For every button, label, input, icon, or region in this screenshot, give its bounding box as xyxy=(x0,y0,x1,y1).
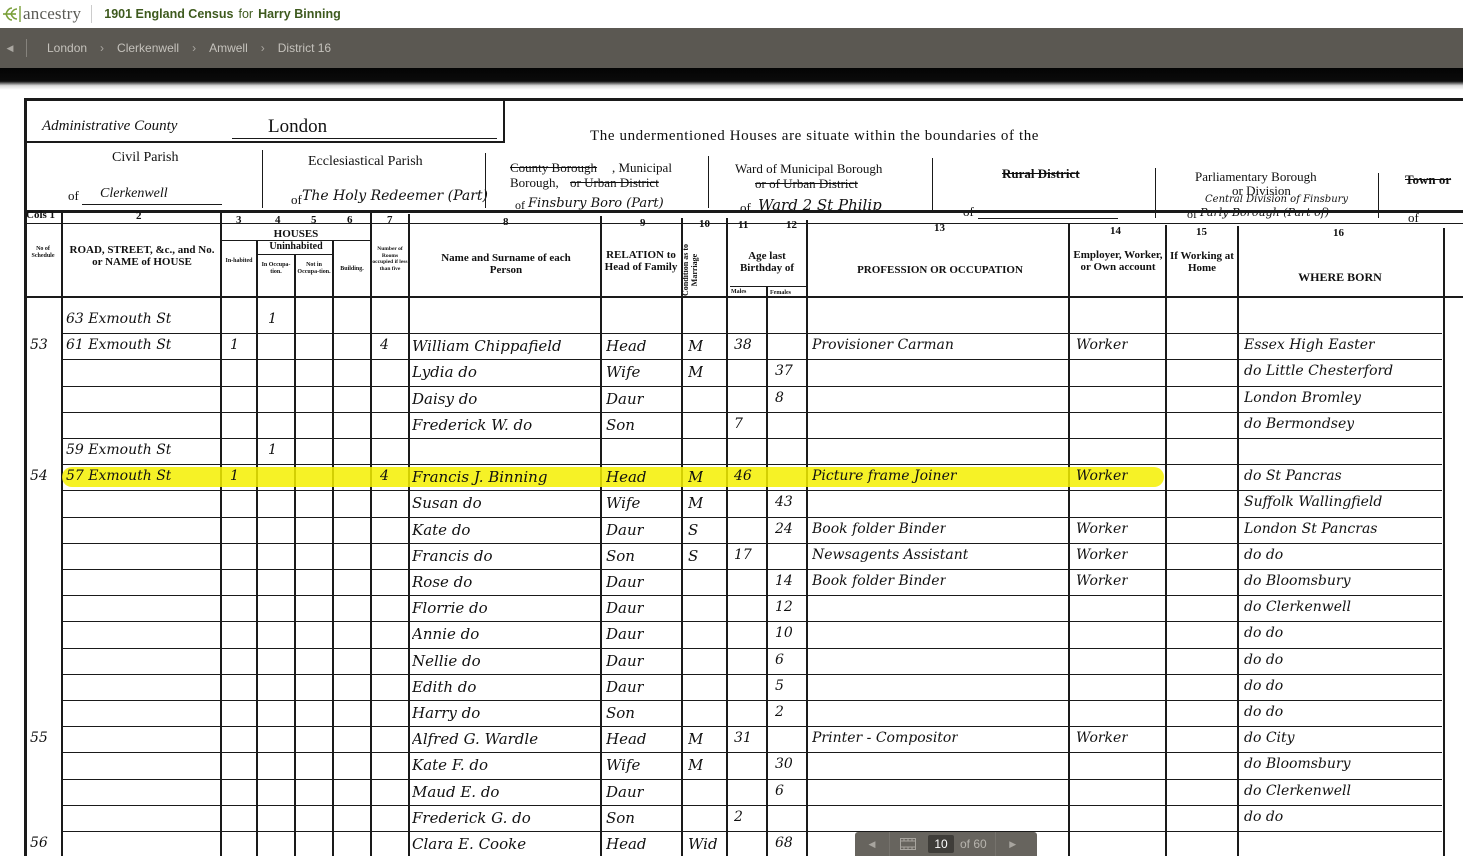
census-row[interactable]: Kate doDaurS24Book folder BinderWorkerLo… xyxy=(0,518,1463,544)
cell-female-age: 12 xyxy=(775,599,793,615)
cell-born: do do xyxy=(1244,547,1283,563)
cell-born: do City xyxy=(1244,730,1295,746)
intro-text: The undermentioned Houses are situate wi… xyxy=(590,128,1039,145)
rule xyxy=(485,153,486,208)
cols-label: Cols 1 xyxy=(26,209,55,221)
admin-county-label: Administrative County xyxy=(42,118,177,135)
cell-male-age: 2 xyxy=(734,809,743,825)
top-header: ancestry 1901 England Census for Harry B… xyxy=(0,0,1463,28)
cell-name: Clara E. Cooke xyxy=(412,835,526,853)
cell-male-age: 31 xyxy=(734,730,752,746)
rule xyxy=(258,254,334,255)
cell-name: Daisy do xyxy=(412,390,477,408)
cell-female-age: 24 xyxy=(775,521,793,537)
ward-label: Ward of Municipal Borough xyxy=(735,161,882,177)
cell-name: Annie do xyxy=(412,625,479,643)
cell-condition: M xyxy=(688,756,703,774)
breadcrumb-amwell[interactable]: Amwell xyxy=(209,41,248,55)
civil-parish-value: Clerkenwell xyxy=(100,186,168,202)
census-row[interactable]: Florrie doDaur12do Clerkenwell xyxy=(0,596,1463,622)
cell-male-age: 46 xyxy=(734,468,752,484)
cell-condition: M xyxy=(688,337,703,355)
triangle-left-icon: ◀ xyxy=(7,43,14,53)
col-number: 6 xyxy=(347,214,353,226)
parl-value-1: Central Division of Finsbury xyxy=(1205,194,1348,205)
census-row[interactable]: Francis doSonS17Newsagents AssistantWork… xyxy=(0,544,1463,570)
cell-relation: Daur xyxy=(606,573,644,591)
col-number: 12 xyxy=(786,219,797,231)
census-row[interactable]: 55Alfred G. WardleHeadM31Printer - Compo… xyxy=(0,727,1463,753)
rule xyxy=(730,286,808,287)
filmstrip-button[interactable] xyxy=(890,838,926,850)
cell-female-age: 2 xyxy=(775,704,784,720)
col-header-males: Males xyxy=(731,289,746,295)
rule xyxy=(708,156,709,208)
col-header-uninhabited: Uninhabited xyxy=(258,241,334,252)
cell-female-age: 30 xyxy=(775,756,793,772)
census-row[interactable]: 5361 Exmouth St14William ChippafieldHead… xyxy=(0,334,1463,360)
civil-parish-label: Civil Parish xyxy=(112,150,179,166)
eccl-parish-value: The Holy Redeemer (Part) xyxy=(302,188,488,204)
census-row[interactable]: 56Clara E. CookeHeadWid68 xyxy=(0,832,1463,856)
cell-relation: Son xyxy=(606,809,635,827)
col-header-not-in-occupation: Not in Occupa-tion. xyxy=(296,262,332,276)
census-row[interactable]: Maud E. doDaur6do Clerkenwell xyxy=(0,780,1463,806)
cell-female-age: 68 xyxy=(775,835,793,851)
cell-relation: Daur xyxy=(606,599,644,617)
col-header-name: Name and Surname of each Person xyxy=(428,252,584,276)
previous-image-button[interactable]: ◀ xyxy=(855,839,889,850)
cell-relation: Head xyxy=(606,730,647,748)
breadcrumb-clerkenwell[interactable]: Clerkenwell xyxy=(117,41,179,55)
cell-female-age: 6 xyxy=(775,783,784,799)
col-header-profession: PROFESSION OR OCCUPATION xyxy=(812,264,1068,276)
cell-occupation: Newsagents Assistant xyxy=(812,547,968,563)
cell-born: do Bermondsey xyxy=(1244,416,1354,432)
col-header-schedule: No of Schedule xyxy=(26,246,60,260)
census-row[interactable]: Harry doSon2do do xyxy=(0,701,1463,727)
rule xyxy=(222,240,372,241)
census-row[interactable]: 59 Exmouth St1 xyxy=(0,439,1463,465)
cell-address: 59 Exmouth St xyxy=(66,442,171,458)
census-row[interactable]: Annie doDaur10do do xyxy=(0,622,1463,648)
rule xyxy=(24,141,504,143)
cell-employer: Worker xyxy=(1076,547,1128,563)
col-header-relation: RELATION to Head of Family xyxy=(603,249,679,273)
census-row[interactable]: Frederick G. doSon2do do xyxy=(0,806,1463,832)
eccl-parish-label: Ecclesiastical Parish xyxy=(308,154,423,170)
census-row[interactable]: Edith doDaur5do do xyxy=(0,675,1463,701)
cell-address: 61 Exmouth St xyxy=(66,337,171,353)
breadcrumb-district[interactable]: District 16 xyxy=(278,41,331,55)
cell-relation: Daur xyxy=(606,678,644,696)
rule xyxy=(82,204,222,205)
back-button[interactable]: ◀ xyxy=(0,43,20,54)
rule xyxy=(24,223,1463,224)
cell-name: Francis do xyxy=(412,547,492,565)
cell-male-age: 7 xyxy=(734,416,743,432)
cell-occupation: Book folder Binder xyxy=(812,521,946,537)
rule xyxy=(24,210,1463,213)
title-for-label: for xyxy=(238,7,253,21)
cell-name: Lydia do xyxy=(412,363,477,381)
cell-female-age: 6 xyxy=(775,652,784,668)
col-number: 11 xyxy=(738,219,748,231)
cell-relation: Wife xyxy=(606,363,640,381)
census-image-viewer[interactable]: Administrative County London The underme… xyxy=(0,68,1463,856)
col-header-houses: HOUSES xyxy=(256,228,336,240)
header-divider xyxy=(91,5,92,23)
col-number: 4 xyxy=(275,214,281,226)
cell-occupation: Provisioner Carman xyxy=(812,337,954,353)
next-image-button[interactable]: ▶ xyxy=(996,839,1030,850)
rural-district-struck: Rural District xyxy=(1002,166,1080,182)
col-number: 5 xyxy=(311,214,317,226)
census-row[interactable]: Frederick W. doSon7do Bermondsey xyxy=(0,413,1463,439)
cell-relation: Daur xyxy=(606,390,644,408)
col-header-working-home: If Working at Home xyxy=(1168,250,1236,274)
cell-schedule: 56 xyxy=(30,835,48,851)
leaf-icon xyxy=(2,5,22,23)
cell-female-age: 14 xyxy=(775,573,793,589)
col-header-age: Age last Birthday of xyxy=(730,250,804,274)
cell-rooms: 4 xyxy=(380,337,389,353)
census-row[interactable]: Susan doWifeM43Suffolk Wallingfield xyxy=(0,491,1463,517)
ancestry-logo[interactable]: ancestry xyxy=(0,0,81,28)
census-row[interactable]: Rose doDaur14Book folder BinderWorkerdo … xyxy=(0,570,1463,596)
cell-name: Harry do xyxy=(412,704,480,722)
rule xyxy=(978,218,1118,219)
census-row[interactable]: Nellie doDaur6do do xyxy=(0,649,1463,675)
cell-name: Francis J. Binning xyxy=(412,468,547,486)
col-header-inhabited: In-habited xyxy=(224,258,254,265)
census-row[interactable]: 5457 Exmouth St14Francis J. BinningHeadM… xyxy=(0,465,1463,491)
cell-born: Suffolk Wallingfield xyxy=(1244,494,1382,510)
cell-female-age: 43 xyxy=(775,494,793,510)
cell-female-age: 37 xyxy=(775,363,793,379)
cell-relation: Son xyxy=(606,416,635,434)
cell-born: do Bloomsbury xyxy=(1244,756,1351,772)
cell-occupation: Printer - Compositor xyxy=(812,730,958,746)
cell-male-age: 17 xyxy=(734,547,752,563)
cell-employer: Worker xyxy=(1076,573,1128,589)
of-label: of xyxy=(740,200,751,216)
col-header-road: ROAD, STREET, &c., and No. or NAME of HO… xyxy=(64,244,220,268)
col-header-in-occupation: In Occupa-tion. xyxy=(258,262,294,276)
page-border xyxy=(24,98,1463,101)
col-number: 14 xyxy=(1110,225,1121,237)
col-number: 2 xyxy=(136,210,142,222)
rule xyxy=(24,296,1463,298)
cell-born: do do xyxy=(1244,809,1283,825)
rule xyxy=(262,150,263,208)
county-borough-struck: County Borough xyxy=(510,160,597,176)
cell-employer: Worker xyxy=(1076,521,1128,537)
chevron-right-icon: › xyxy=(100,41,104,55)
cell-employer: Worker xyxy=(1076,730,1128,746)
col-number: 15 xyxy=(1196,226,1207,238)
cell-born: do Clerkenwell xyxy=(1244,783,1351,799)
filmstrip-icon xyxy=(900,838,916,850)
col-number: 16 xyxy=(1333,227,1344,239)
cell-condition: M xyxy=(688,494,703,512)
census-row[interactable]: 63 Exmouth St1 xyxy=(0,308,1463,334)
cell-female-age: 8 xyxy=(775,390,784,406)
person-name[interactable]: Harry Binning xyxy=(258,7,341,21)
cell-inhabited: 1 xyxy=(230,468,239,484)
triangle-right-icon: ▶ xyxy=(1009,839,1016,849)
col-header-rooms: Number of Rooms occupied if less than fi… xyxy=(372,246,408,272)
cell-relation: Daur xyxy=(606,783,644,801)
cell-name: Edith do xyxy=(412,678,476,696)
cell-name: Nellie do xyxy=(412,652,481,670)
cell-male-age: 38 xyxy=(734,337,752,353)
cell-name: William Chippafield xyxy=(412,337,562,355)
cell-name: Susan do xyxy=(412,494,482,512)
image-pager: ◀ 10 of 60 ▶ xyxy=(855,832,1037,856)
cell-born: do Little Chesterford xyxy=(1244,363,1393,379)
town-struck: Town or xyxy=(1405,172,1451,188)
cell-relation: Son xyxy=(606,547,635,565)
cell-born: do do xyxy=(1244,625,1283,641)
cell-relation: Wife xyxy=(606,494,640,512)
cell-born: do Bloomsbury xyxy=(1244,573,1351,589)
collection-title: 1901 England Census xyxy=(104,7,233,21)
cell-born: do St Pancras xyxy=(1244,468,1342,484)
cell-born: London St Pancras xyxy=(1244,521,1378,537)
cell-rooms: 4 xyxy=(380,468,389,484)
page-number-input[interactable]: 10 xyxy=(928,835,954,853)
cell-relation: Head xyxy=(606,337,647,355)
cell-in-occ: 1 xyxy=(268,442,277,458)
cell-condition: S xyxy=(688,547,698,565)
rule xyxy=(932,158,933,210)
urban-district-struck: or Urban District xyxy=(570,175,659,191)
ward-struck: or of Urban District xyxy=(755,176,858,192)
census-row[interactable]: Kate F. doWifeM30do Bloomsbury xyxy=(0,753,1463,779)
cell-name: Frederick W. do xyxy=(412,416,532,434)
cell-relation: Wife xyxy=(606,756,640,774)
cell-name: Frederick G. do xyxy=(412,809,531,827)
census-row[interactable]: Lydia doWifeM37do Little Chesterford xyxy=(0,360,1463,386)
col-header-where-born: WHERE BORN xyxy=(1240,270,1440,285)
census-page: Administrative County London The underme… xyxy=(0,68,1463,856)
census-row[interactable]: Daisy doDaur8London Bromley xyxy=(0,387,1463,413)
col-number: 8 xyxy=(503,216,509,228)
cell-name: Maud E. do xyxy=(412,783,499,801)
rule xyxy=(503,98,505,143)
of-label: of xyxy=(291,192,302,208)
cell-address: 63 Exmouth St xyxy=(66,311,171,327)
cell-name: Florrie do xyxy=(412,599,488,617)
cell-born: do do xyxy=(1244,652,1283,668)
logo-text: ancestry xyxy=(23,4,81,24)
col-number: 3 xyxy=(236,214,242,226)
of-label: of xyxy=(68,188,79,204)
cell-condition: M xyxy=(688,363,703,381)
cell-name: Kate do xyxy=(412,521,470,539)
cell-schedule: 54 xyxy=(30,468,48,484)
col-number: 10 xyxy=(699,218,710,230)
cell-relation: Head xyxy=(606,835,647,853)
cell-condition: S xyxy=(688,521,698,539)
cell-name: Rose do xyxy=(412,573,472,591)
breadcrumb-bar: ◀ London › Clerkenwell › Amwell › Distri… xyxy=(0,28,1463,68)
cell-female-age: 10 xyxy=(775,625,793,641)
cell-born: London Bromley xyxy=(1244,390,1361,406)
cell-inhabited: 1 xyxy=(230,337,239,353)
col-number: 7 xyxy=(387,214,393,226)
cell-condition: M xyxy=(688,730,703,748)
cell-address: 57 Exmouth St xyxy=(66,468,171,484)
cell-name: Kate F. do xyxy=(412,756,488,774)
cell-born: do do xyxy=(1244,678,1283,694)
page-count: of 60 xyxy=(960,837,987,851)
cell-employer: Worker xyxy=(1076,468,1128,484)
cell-relation: Son xyxy=(606,704,635,722)
cell-born: do do xyxy=(1244,704,1283,720)
col-header-condition: Condition as to Marriage xyxy=(681,240,699,300)
admin-county-value: London xyxy=(268,116,327,138)
rule xyxy=(232,138,497,139)
cell-in-occ: 1 xyxy=(268,311,277,327)
breadcrumb-london[interactable]: London xyxy=(47,41,87,55)
chevron-right-icon: › xyxy=(261,41,265,55)
cell-schedule: 55 xyxy=(30,730,48,746)
cell-relation: Daur xyxy=(606,625,644,643)
cell-born: do Clerkenwell xyxy=(1244,599,1351,615)
col-header-employer: Employer, Worker, or Own account xyxy=(1072,249,1164,273)
breadcrumb-divider xyxy=(26,39,27,57)
municipal-label: , Municipal xyxy=(612,160,672,176)
col-header-building: Building. xyxy=(334,266,370,272)
cell-female-age: 5 xyxy=(775,678,784,694)
cell-schedule: 53 xyxy=(30,337,48,353)
chevron-right-icon: › xyxy=(192,41,196,55)
cell-name: Alfred G. Wardle xyxy=(412,730,538,748)
cell-employer: Worker xyxy=(1076,337,1128,353)
cell-occupation: Book folder Binder xyxy=(812,573,946,589)
cell-condition: Wid xyxy=(688,835,718,853)
cell-relation: Daur xyxy=(606,652,644,670)
cell-relation: Daur xyxy=(606,521,644,539)
cell-born: Essex High Easter xyxy=(1244,337,1375,353)
cell-relation: Head xyxy=(606,468,647,486)
triangle-left-icon: ◀ xyxy=(869,839,876,849)
borough-value: Finsbury Boro (Part) xyxy=(528,196,664,211)
cell-condition: M xyxy=(688,468,703,486)
borough-label: Borough, xyxy=(510,175,559,191)
cell-occupation: Picture frame Joiner xyxy=(812,468,957,484)
